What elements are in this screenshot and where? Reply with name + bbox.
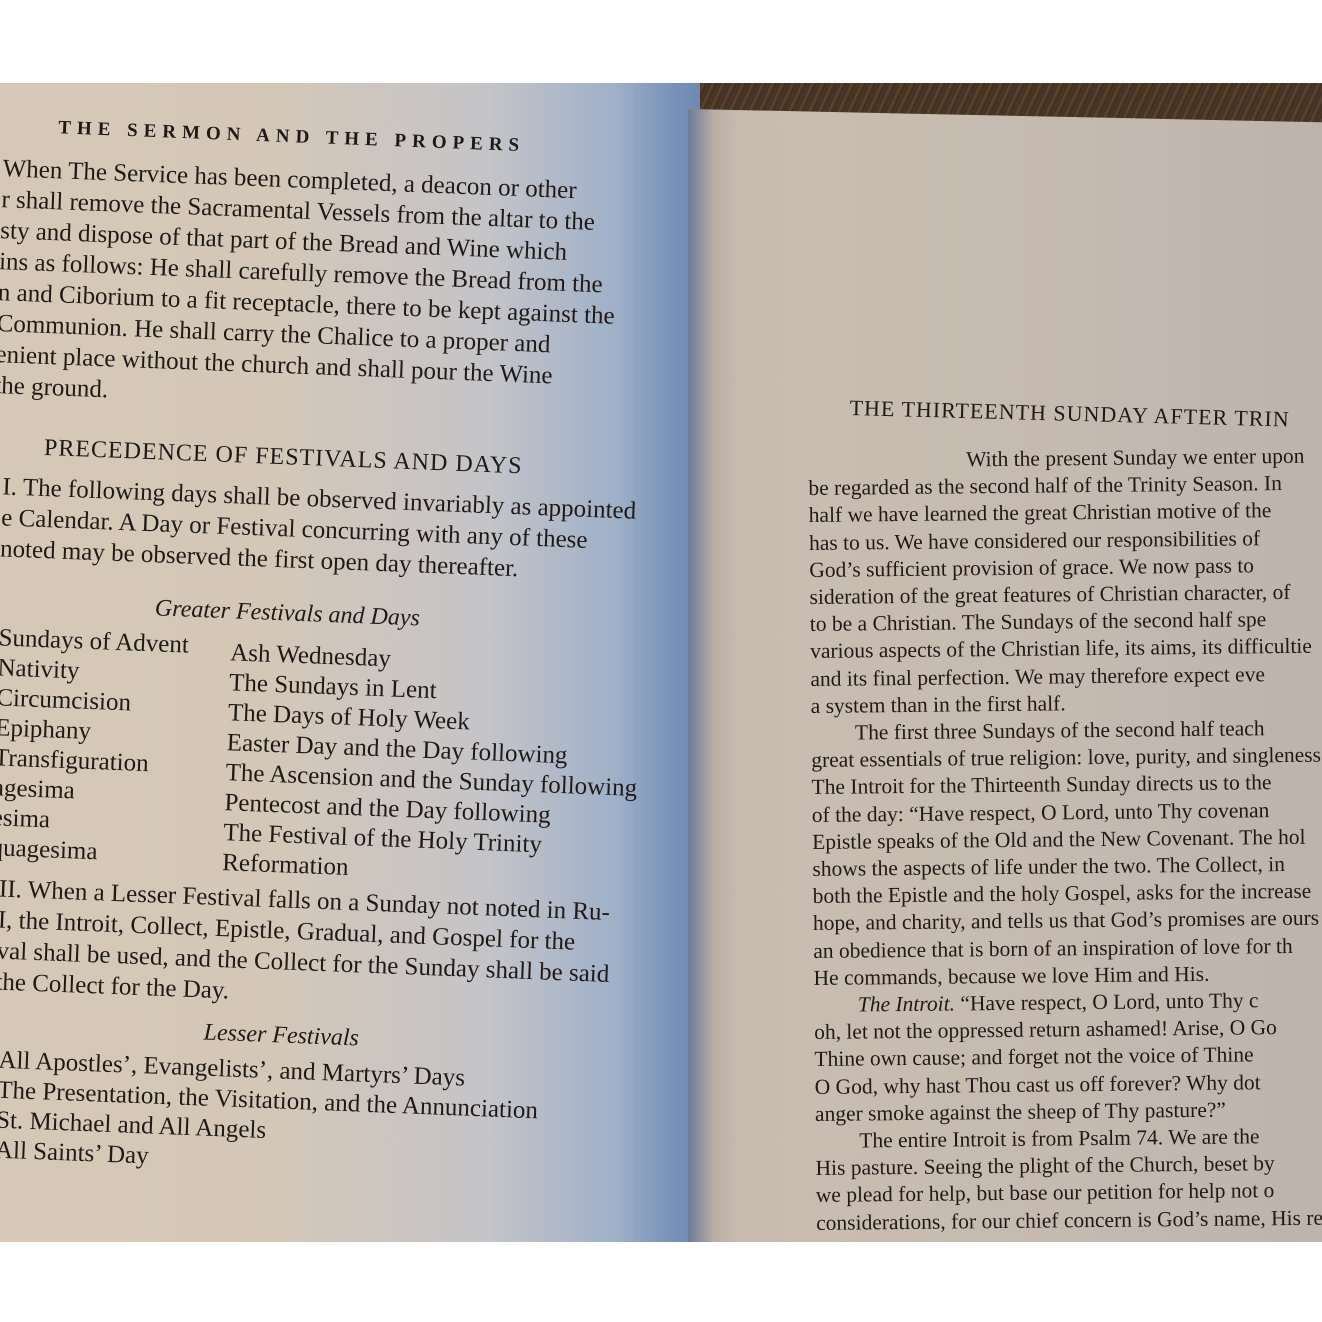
- right-body: With the present Sunday we enter upon be…: [808, 443, 1322, 1237]
- chapter-title: THE THIRTEENTH SUNDAY AFTER TRIN: [849, 395, 1290, 433]
- introit-label: The Introit.: [858, 992, 955, 1017]
- right-page-text: THE THIRTEENTH SUNDAY AFTER TRIN With th…: [0, 83, 1322, 1242]
- book-photo: THE SERMON AND THE PROPERS When The Serv…: [0, 83, 1322, 1242]
